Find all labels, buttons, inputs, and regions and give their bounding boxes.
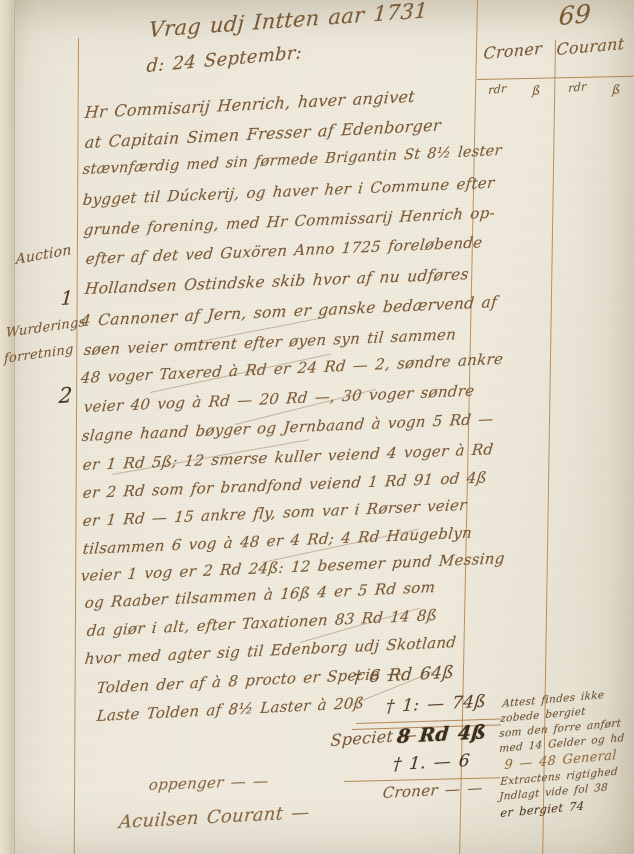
margin-note-valuation-number: 2 bbox=[58, 383, 73, 408]
subcolumn-label-rdr: rdr bbox=[568, 80, 587, 95]
body-line: at Capitain Simen Fresser af Edenborger bbox=[84, 115, 442, 152]
body-line: da giør i alt, efter Taxationen 83 Rd 14… bbox=[86, 606, 438, 640]
subcolumn-label-sk: ß bbox=[612, 82, 621, 97]
body-line: hvor med agter sig til Edenborg udj Skot… bbox=[84, 633, 457, 668]
body-line: efter af det ved Guxören Anno 1725 forel… bbox=[85, 233, 483, 268]
body-line: grunde forening, med Hr Commissarij Henr… bbox=[83, 204, 496, 239]
page-title: Vrag udj Intten aar 1731 bbox=[148, 0, 429, 42]
margin-note-auction-number: 1 bbox=[60, 287, 74, 310]
margin-note-valuation: Wurderings bbox=[6, 315, 85, 341]
footer-signature: Acuilsen Courant — bbox=[118, 802, 310, 833]
page-edge bbox=[0, 0, 15, 854]
margin-note-auction: Auction bbox=[15, 242, 71, 268]
manuscript-page: 69 Vrag udj Intten aar 1731 d: 24 Septem… bbox=[0, 0, 634, 854]
body-line: Laste Tolden af 8½ Laster à 20ß bbox=[96, 694, 365, 725]
side-note-line: Attest findes ikke bbox=[502, 689, 605, 710]
entry-date: d: 24 Septembr: bbox=[146, 42, 303, 77]
amount-last-toll: † 1: — 74ß bbox=[385, 692, 487, 717]
body-line: Hr Commisarij Henrich, haver angivet bbox=[84, 87, 416, 122]
body-line: er 1 Rd — 15 ankre fly, som var i Rørser… bbox=[82, 496, 468, 530]
amount-toll: † 6 Rd 64ß bbox=[352, 663, 455, 688]
page-crease bbox=[14, 0, 15, 854]
amount-croner-total: Croner — — bbox=[382, 779, 483, 802]
body-line: og Raaber tilsammen à 16ß 4 er 5 Rd som bbox=[84, 578, 436, 612]
subcolumn-label-sk: ß bbox=[532, 83, 541, 98]
amount-oppenger: oppenger — — bbox=[148, 772, 269, 794]
body-line: Hollandsen Ostindske skib hvor af nu udf… bbox=[84, 265, 470, 298]
amount-third: † 1. — 6 bbox=[392, 751, 471, 775]
column-header-courant: Courant bbox=[556, 34, 625, 59]
body-line: veier 40 vog à Rd — 20 Rd —, 30 voger sø… bbox=[83, 382, 475, 416]
body-line: slagne haand bøyger og Jernbaand à vogn … bbox=[81, 410, 495, 445]
body-line: bygget til Dúckerij, og haver her i Comm… bbox=[82, 174, 495, 209]
body-line: er 1 Rd 5ß; 12 smerse kuller veiend 4 vo… bbox=[82, 440, 494, 474]
margin-rule bbox=[74, 38, 79, 854]
column-header-croner: Croner bbox=[483, 39, 543, 63]
page-number: 69 bbox=[558, 0, 592, 31]
subcolumn-label-rdr: rdr bbox=[488, 82, 507, 97]
amount-specie-value: 8 Rd 4ß bbox=[396, 721, 487, 748]
